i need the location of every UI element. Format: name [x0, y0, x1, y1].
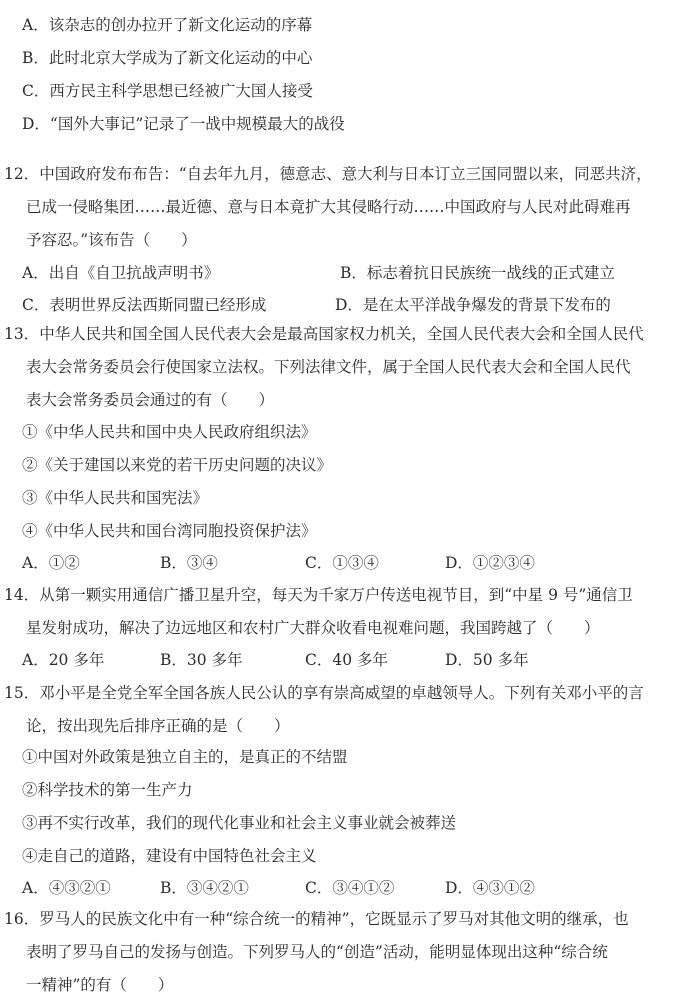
- q16-stem-line3: 一精神”的有（ ）: [26, 975, 173, 995]
- prev-option-a: A．该杂志的创办拉开了新文化运动的序幕: [22, 15, 312, 35]
- q12-option-a: A．出自《自卫抗战声明书》: [22, 263, 219, 283]
- q15-option-c: C．③④①②: [305, 878, 394, 898]
- q13-item-4: ④《中华人民共和国台湾同胞投资保护法》: [22, 521, 317, 541]
- q14-stem-line1: 14．从第一颗实用通信广播卫星升空，每天为千家万户传送电视节目，到“中星 9 号…: [4, 585, 633, 605]
- q12-stem-line2: 已成一侵略集团……最近德、意与日本竟扩大其侵略行动……中国政府与人民对此碍难再: [26, 197, 631, 217]
- q14-option-c: C．40 多年: [305, 650, 388, 670]
- q12-stem-line1: 12．中国政府发布布告：“自去年九月，德意志、意大利与日本订立三国同盟以来，同恶…: [4, 164, 652, 184]
- q15-stem-line2: 论，按出现先后排序正确的是（ ）: [26, 716, 290, 736]
- prev-option-d: D．“国外大事记”记录了一战中规模最大的战役: [22, 114, 345, 134]
- prev-option-b: B．此时北京大学成为了新文化运动的中心: [22, 48, 312, 68]
- q12-option-b: B．标志着抗日民族统一战线的正式建立: [340, 263, 615, 283]
- q12-option-d: D．是在太平洋战争爆发的背景下发布的: [335, 295, 611, 315]
- prev-option-c: C．西方民主科学思想已经被广大国人接受: [22, 81, 313, 101]
- q13-option-c: C．①③④: [305, 553, 379, 573]
- q14-option-d: D．50 多年: [445, 650, 529, 670]
- q14-option-a: A．20 多年: [22, 650, 104, 670]
- q13-option-b: B．③④: [160, 553, 218, 573]
- q13-stem-line3: 表大会常务委员会通过的有（ ）: [26, 390, 274, 410]
- q14-option-b: B．30 多年: [160, 650, 243, 670]
- q12-stem-line3: 予容忍。”该布告（ ）: [26, 230, 197, 250]
- q15-stem-line1: 15．邓小平是全党全军全国各族人民公认的享有崇高威望的卓越领导人。下列有关邓小平…: [4, 683, 644, 703]
- q16-stem-line2: 表明了罗马自己的发扬与创造。下列罗马人的“创造”活动，能明显体现出这种“综合统: [26, 942, 608, 962]
- q12-option-c: C．表明世界反法西斯同盟已经形成: [22, 295, 266, 315]
- q15-item-3: ③再不实行改革，我们的现代化事业和社会主义事业就会被葬送: [22, 813, 456, 833]
- q14-stem-line2: 星发射成功，解决了边远地区和农村广大群众收看电视难问题，我国跨越了（ ）: [26, 618, 600, 638]
- q13-item-3: ③《中华人民共和国宪法》: [22, 488, 208, 508]
- q15-item-2: ②科学技术的第一生产力: [22, 780, 193, 800]
- q15-option-d: D．④③①②: [445, 878, 535, 898]
- q13-stem-line1: 13．中华人民共和国全国人民代表大会是最高国家权力机关，全国人民代表大会和全国人…: [4, 324, 644, 344]
- q13-option-d: D．①②③④: [445, 553, 535, 573]
- q13-option-a: A．①②: [22, 553, 80, 573]
- q15-item-1: ①中国对外政策是独立自主的，是真正的不结盟: [22, 747, 348, 767]
- q16-stem-line1: 16．罗马人的民族文化中有一种“综合统一的精神”，它既显示了罗马对其他文明的继承…: [4, 909, 629, 929]
- q15-item-4: ④走自己的道路，建设有中国特色社会主义: [22, 846, 317, 866]
- q15-option-a: A．④③②①: [22, 878, 111, 898]
- q13-item-2: ②《关于建国以来党的若干历史问题的决议》: [22, 455, 332, 475]
- q13-item-1: ①《中华人民共和国中央人民政府组织法》: [22, 422, 317, 442]
- q15-option-b: B．③④②①: [160, 878, 249, 898]
- q13-stem-line2: 表大会常务委员会行使国家立法权。下列法律文件，属于全国人民代表大会和全国人民代: [26, 357, 631, 377]
